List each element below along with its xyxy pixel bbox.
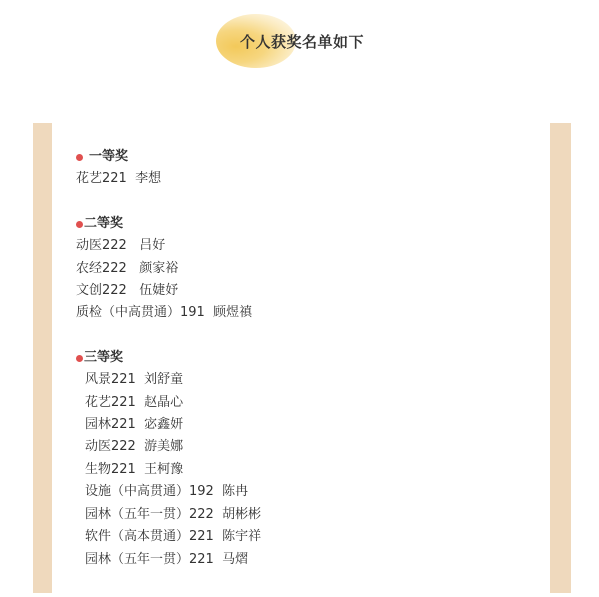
section-heading: 二等奖 bbox=[76, 213, 536, 235]
bullet-dot-icon bbox=[76, 154, 83, 161]
list-item: 质检（中高贯通）191 顾煜禛 bbox=[76, 302, 536, 324]
list-item: 风景221 刘舒童 bbox=[76, 369, 536, 391]
section-heading: 一等奖 bbox=[76, 146, 536, 168]
right-decorative-bar bbox=[550, 123, 571, 593]
section-heading-label: 二等奖 bbox=[84, 213, 123, 235]
page-title-banner: 个人获奖名单如下 bbox=[216, 14, 416, 68]
section-first-prize: 一等奖 花艺221 李想 bbox=[76, 146, 536, 191]
list-item: 设施（中高贯通）192 陈冉 bbox=[76, 481, 536, 503]
list-item: 生物221 王柯豫 bbox=[76, 459, 536, 481]
section-heading-label: 一等奖 bbox=[89, 146, 128, 168]
list-item: 动医222 游美娜 bbox=[76, 436, 536, 458]
list-item: 园林221 宓鑫妍 bbox=[76, 414, 536, 436]
list-item: 园林（五年一贯）222 胡彬彬 bbox=[76, 504, 536, 526]
section-heading-label: 三等奖 bbox=[84, 347, 123, 369]
left-decorative-bar bbox=[33, 123, 52, 593]
list-item: 花艺221 李想 bbox=[76, 168, 536, 190]
section-heading: 三等奖 bbox=[76, 347, 536, 369]
section-third-prize: 三等奖 风景221 刘舒童 花艺221 赵晶心 园林221 宓鑫妍 动医222 … bbox=[76, 347, 536, 571]
list-item: 软件（高本贯通）221 陈宇祥 bbox=[76, 526, 536, 548]
list-item: 动医222 吕好 bbox=[76, 235, 536, 257]
bullet-dot-icon bbox=[76, 221, 83, 228]
award-list: 一等奖 花艺221 李想 二等奖 动医222 吕好 农经222 颜家裕 文创22… bbox=[76, 146, 536, 593]
bullet-dot-icon bbox=[76, 355, 83, 362]
list-item: 花艺221 赵晶心 bbox=[76, 392, 536, 414]
list-item: 文创222 伍婕妤 bbox=[76, 280, 536, 302]
list-item: 园林（五年一贯）221 马熠 bbox=[76, 549, 536, 571]
page-title: 个人获奖名单如下 bbox=[240, 31, 364, 52]
list-item: 农经222 颜家裕 bbox=[76, 258, 536, 280]
section-second-prize: 二等奖 动医222 吕好 农经222 颜家裕 文创222 伍婕妤 质检（中高贯通… bbox=[76, 213, 536, 325]
